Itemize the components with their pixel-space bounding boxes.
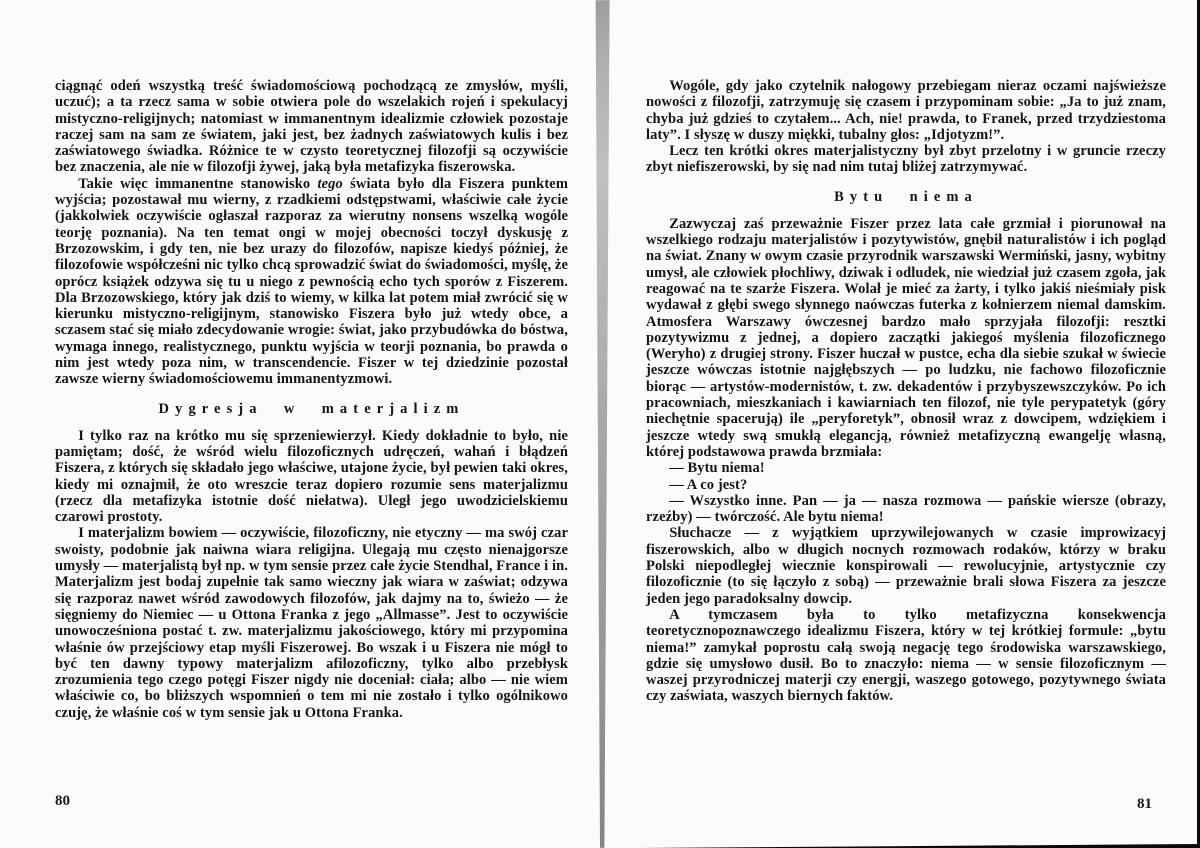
paragraph: I materjalizm bowiem — oczywiście, filoz…	[55, 525, 568, 721]
emphasis-word: tego	[317, 176, 342, 192]
paragraph: Zazwyczaj zaś przeważnie Fiszer przez la…	[646, 216, 1166, 460]
paragraph: ciągnąć odeń wszystką treść świadomościo…	[55, 78, 568, 176]
paragraph: Takie więc immanentne stanowisko tego św…	[55, 176, 568, 388]
paragraph: Słuchacze — z wyjątkiem uprzywilejowanyc…	[646, 525, 1166, 606]
book-gutter-shadow	[592, 0, 612, 848]
paragraph: A tymczasem była to tylko metafizyczna k…	[646, 607, 1166, 705]
paragraph: I tylko raz na krótko mu się sprzeniewie…	[55, 428, 568, 526]
dialogue-line: — Bytu niema!	[646, 460, 1166, 476]
right-page: Wogóle, gdy jako czytelnik nałogowy prze…	[646, 78, 1166, 705]
scan-edge-bottom	[640, 844, 1200, 848]
left-page: ciągnąć odeń wszystką treść świadomościo…	[55, 78, 568, 721]
paragraph-text: Takie więc immanentne stanowisko	[78, 176, 317, 192]
page-number-right: 81	[1137, 796, 1152, 813]
page-number-left: 80	[55, 793, 70, 810]
dialogue-line: — A co jest?	[646, 477, 1166, 493]
paragraph: Lecz ten krótki okres materjalistyczny b…	[646, 143, 1166, 176]
book-scan-spread: ciągnąć odeń wszystką treść świadomościo…	[0, 0, 1200, 848]
paragraph-text: świata było dla Fiszera punktem wyjścia;…	[55, 176, 568, 388]
section-heading-dygresja: Dygresja w materjalizm	[55, 401, 568, 418]
dialogue-line: — Wszystko inne. Pan — ja — nasza rozmow…	[646, 493, 1166, 526]
paragraph: Wogóle, gdy jako czytelnik nałogowy prze…	[646, 78, 1166, 143]
section-heading-bytu-niema: Bytu niema	[646, 189, 1166, 206]
